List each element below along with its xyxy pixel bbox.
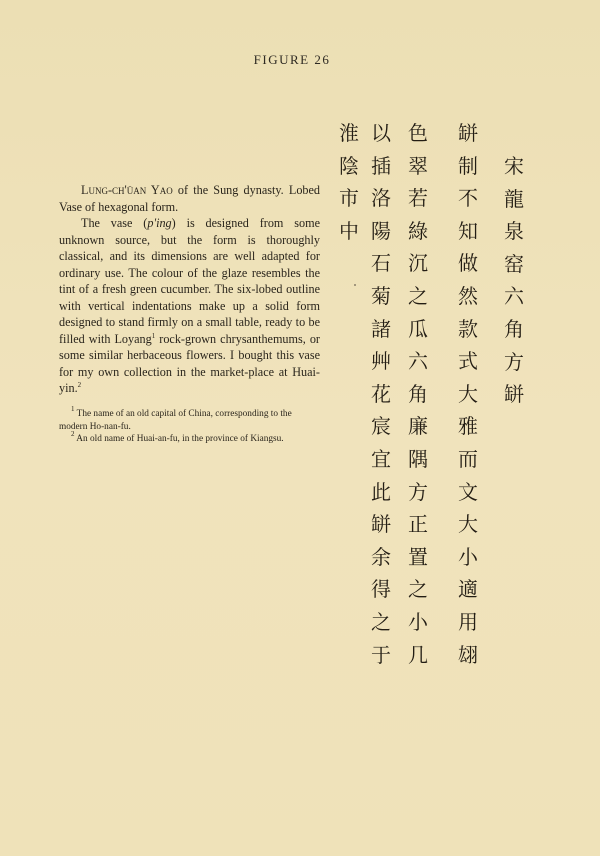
figure-caption: Lung-ch'üan Yao of the Sung dynasty. Lob…	[59, 182, 320, 397]
chinese-character: 几	[408, 639, 428, 672]
chinese-column-5: 淮陰市中	[334, 117, 364, 247]
chinese-column-1: 宋龍泉窑六角方缾	[499, 150, 529, 411]
chinese-character: 中	[339, 215, 359, 248]
chinese-character: 方	[504, 346, 524, 379]
chinese-character: 若	[408, 182, 428, 215]
caption-title-paragraph: Lung-ch'üan Yao of the Sung dynasty. Lob…	[59, 182, 320, 215]
footnote-1: 1 The name of an old capital of China, c…	[59, 408, 322, 433]
footnote-text: An old name of Huai-an-fu, in the provin…	[75, 434, 284, 444]
chinese-character: 綠	[408, 215, 428, 248]
chinese-column-3: 色翠若綠沉之瓜六角廉隅方正置之小几	[403, 117, 433, 671]
chinese-character: 泉	[504, 215, 524, 248]
chinese-character: 插	[371, 150, 391, 183]
chinese-character: 艸	[371, 345, 391, 378]
chinese-character: 得	[371, 573, 391, 606]
chinese-character: 做	[458, 247, 478, 280]
chinese-character: 方	[408, 476, 428, 509]
caption-italic-term: p'ing	[147, 216, 171, 230]
paper-speck	[354, 284, 356, 286]
chinese-character: 用	[458, 606, 478, 639]
chinese-character: 文	[458, 476, 478, 509]
chinese-character: 宸	[371, 410, 391, 443]
chinese-character: 之	[371, 606, 391, 639]
chinese-character: 于	[371, 639, 391, 672]
chinese-character: 窑	[504, 248, 524, 281]
chinese-character: 廉	[408, 410, 428, 443]
chinese-character: 正	[408, 508, 428, 541]
chinese-character: 知	[458, 215, 478, 248]
chinese-character: 此	[371, 476, 391, 509]
chinese-character: 小	[458, 541, 478, 574]
footnote-text: The name of an old capital of China, cor…	[59, 409, 292, 432]
chinese-character: 不	[458, 182, 478, 215]
chinese-character: 淮	[339, 117, 359, 150]
chinese-character: 色	[408, 117, 428, 150]
chinese-character: 沉	[408, 247, 428, 280]
chinese-character: 六	[408, 345, 428, 378]
chinese-character: 適	[458, 573, 478, 606]
chinese-character: 隅	[408, 443, 428, 476]
chinese-character: 瓜	[408, 313, 428, 346]
chinese-character: 之	[408, 573, 428, 606]
chinese-character: 石	[371, 247, 391, 280]
chinese-character: 角	[504, 313, 524, 346]
chinese-character: 六	[504, 280, 524, 313]
chinese-character: 角	[408, 378, 428, 411]
chinese-character: 置	[408, 541, 428, 574]
chinese-character: 之	[408, 280, 428, 313]
figure-title: FIGURE 26	[0, 52, 584, 68]
chinese-character: 式	[458, 345, 478, 378]
chinese-character: 大	[458, 508, 478, 541]
chinese-character: 缾	[371, 508, 391, 541]
chinese-character: 宜	[371, 443, 391, 476]
caption-ware-name: Lung-ch'üan Yao	[81, 183, 173, 197]
chinese-column-4: 以插洛陽石菊諸艸花宸宜此缾余得之于	[366, 117, 396, 671]
caption-description-paragraph: The vase (p'ing) is designed from some u…	[59, 215, 320, 397]
chinese-character: 以	[371, 117, 391, 150]
chinese-character: 缾	[504, 378, 524, 411]
chinese-character: 龍	[504, 183, 524, 216]
chinese-character: 洛	[371, 182, 391, 215]
chinese-character: 小	[408, 606, 428, 639]
chinese-column-2: 缾制不知做然款式大雅而文大小適用翃	[453, 117, 483, 671]
chinese-character: 余	[371, 541, 391, 574]
chinese-character: 翠	[408, 150, 428, 183]
chinese-character: 花	[371, 378, 391, 411]
chinese-character: 缾	[458, 117, 478, 150]
chinese-character: 款	[458, 313, 478, 346]
footnote-2: 2 An old name of Huai-an-fu, in the prov…	[59, 433, 322, 446]
chinese-character: 陰	[339, 150, 359, 183]
footnotes: 1 The name of an old capital of China, c…	[59, 408, 322, 446]
chinese-character: 大	[458, 378, 478, 411]
chinese-character: 制	[458, 150, 478, 183]
chinese-character: 市	[339, 182, 359, 215]
chinese-character: 而	[458, 443, 478, 476]
chinese-character: 翃	[458, 639, 478, 672]
caption-text-a: The vase (	[81, 216, 147, 230]
chinese-character: 雅	[458, 410, 478, 443]
caption-text-b: ) is designed from some unknown source, …	[59, 216, 320, 346]
chinese-character: 陽	[371, 215, 391, 248]
chinese-character: 菊	[371, 280, 391, 313]
book-page: FIGURE 26 Lung-ch'üan Yao of the Sung dy…	[0, 0, 600, 856]
footnote-ref-2: 2	[78, 381, 82, 389]
chinese-character: 宋	[504, 150, 524, 183]
chinese-character: 諸	[371, 313, 391, 346]
chinese-character: 然	[458, 280, 478, 313]
